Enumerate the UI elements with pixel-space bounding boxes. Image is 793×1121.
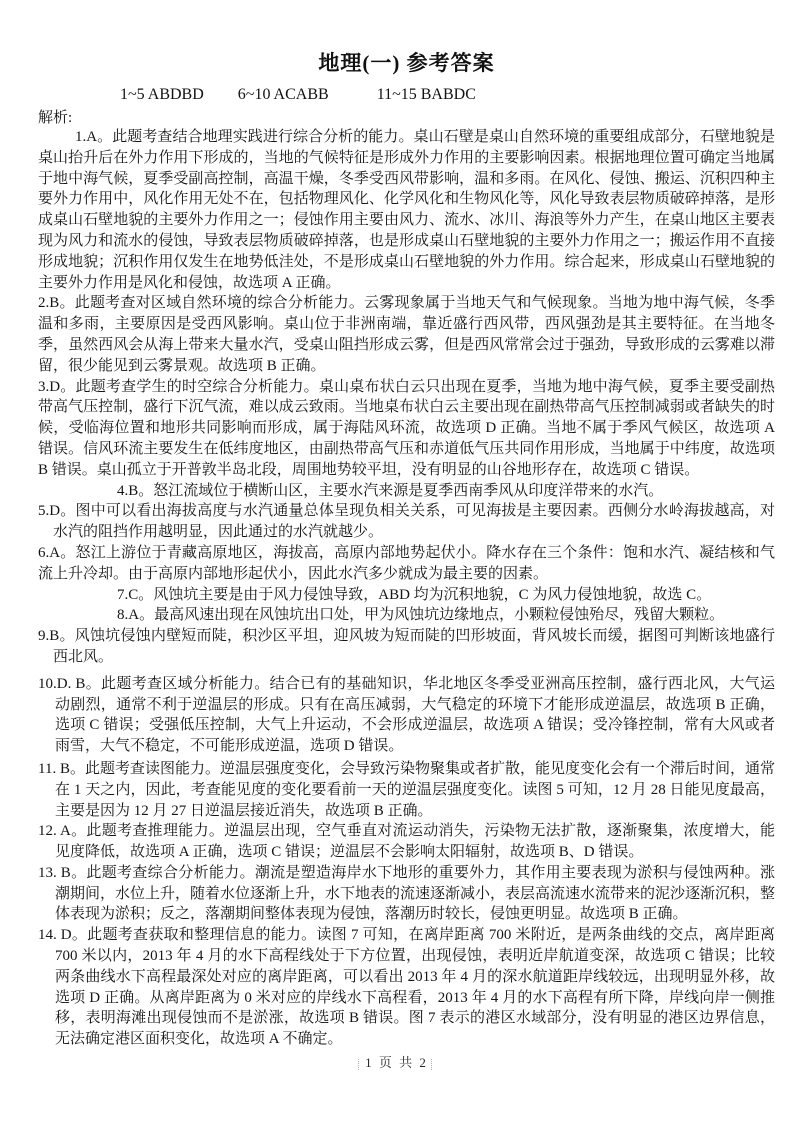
- footer-field-mark-left: [358, 1059, 362, 1070]
- answer-key-group-3: 11~15 BABDC: [377, 86, 476, 103]
- document-content: 地理(一) 参考答案 1~5 ABDBD 6~10 ACABB 11~15 BA…: [38, 47, 775, 1050]
- answer-item-14: 14. D。此题考查获取和整理信息的能力。读图 7 可知，在离岸距离 700 米…: [38, 925, 775, 1050]
- answer-item-2: 2.B。此题考查对区域自然环境的综合分析能力。云雾现象属于当地天气和气候现象。当…: [38, 293, 775, 376]
- analysis-section-label: 解析:: [38, 106, 775, 127]
- answer-item-4: 4.B。怒江流域位于横断山区，主要水汽来源是夏季西南季风从印度洋带来的水汽。: [117, 481, 775, 502]
- answer-item-11: 11. B。此题考查读图能力。逆温层强度变化，会导致污染物聚集或者扩散，能见度变…: [38, 759, 775, 821]
- document-page: 地理(一) 参考答案 1~5 ABDBD 6~10 ACABB 11~15 BA…: [0, 0, 793, 1121]
- answer-item-13: 13. B。此题考查综合分析能力。潮流是塑造海岸水下地形的重要外力，其作用主要表…: [38, 863, 775, 925]
- answer-item-12: 12. A。此题考查推理能力。逆温层出现，空气垂直对流运动消失，污染物无法扩散，…: [38, 821, 775, 863]
- answer-key-group-2: 6~10 ACABB: [238, 86, 329, 103]
- page-number-text: 1 页 共 2: [365, 1055, 428, 1070]
- answer-item-9: 9.B。风蚀坑侵蚀内壁短而陡，积沙区平坦，迎风坡为短而陡的凹形坡面，背风坡长而缓…: [38, 626, 775, 668]
- analysis-body: 1.A。此题考查结合地理实践进行综合分析的能力。桌山石壁是桌山自然环境的重要组成…: [38, 127, 775, 1050]
- answer-key-group-1: 1~5 ABDBD: [120, 86, 204, 103]
- answer-item-5: 5.D。图中可以看出海拔高度与水汽通量总体呈现负相关关系，可见海拔是主要因素。西…: [38, 501, 775, 543]
- answer-item-6: 6.A。怒江上游位于青藏高原地区，海拔高，高原内部地势起伏小。降水存在三个条件：…: [38, 543, 775, 585]
- answer-item-10: 10.D. B。此题考查区域分析能力。结合已有的基础知识，华北地区冬季受亚洲高压…: [38, 674, 775, 757]
- answer-item-8: 8.A。最高风速出现在风蚀坑出口处，甲为风蚀坑边缘地点，小颗粒侵蚀殆尽，残留大颗…: [117, 605, 775, 626]
- answer-item-3: 3.D。此题考查学生的时空综合分析能力。桌山桌布状白云只出现在夏季，当地为地中海…: [38, 377, 775, 481]
- answer-item-1: 1.A。此题考查结合地理实践进行综合分析的能力。桌山石壁是桌山自然环境的重要组成…: [38, 127, 775, 293]
- page-title: 地理(一) 参考答案: [38, 47, 775, 77]
- footer-field-mark-right: [431, 1059, 435, 1070]
- answer-item-7: 7.C。风蚀坑主要是由于风力侵蚀导致，ABD 均为沉积地貌，C 为风力侵蚀地貌，…: [117, 585, 775, 606]
- answer-key-line: 1~5 ABDBD 6~10 ACABB 11~15 BABDC: [38, 86, 775, 104]
- page-footer: 1 页 共 2: [0, 1052, 793, 1071]
